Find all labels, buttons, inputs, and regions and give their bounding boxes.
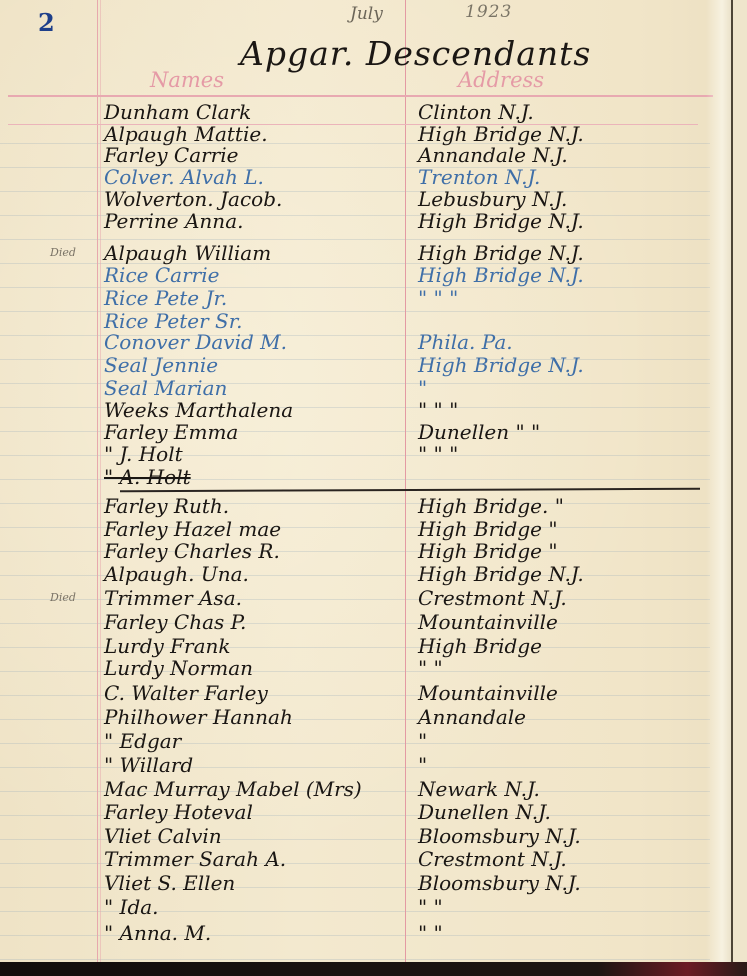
ledger-row: " Ida." " bbox=[0, 895, 720, 919]
entry-address: " " bbox=[418, 656, 443, 680]
ledger-row: " Edgar" bbox=[0, 729, 720, 753]
entry-name: Trimmer Asa. bbox=[104, 586, 242, 610]
entry-name: Wolverton. Jacob. bbox=[104, 187, 282, 211]
entry-name: Alpaugh. Una. bbox=[104, 562, 249, 586]
entry-address: " " bbox=[418, 921, 443, 945]
entry-address: " " " bbox=[418, 286, 458, 310]
entry-name: C. Walter Farley bbox=[104, 681, 268, 705]
entry-name: Colver. Alvah L. bbox=[104, 165, 264, 189]
entry-address: Lebusbury N.J. bbox=[418, 187, 567, 211]
entry-name: Perrine Anna. bbox=[104, 209, 243, 233]
entry-name: " Anna. M. bbox=[104, 921, 211, 945]
entry-name: Weeks Marthalena bbox=[104, 398, 293, 422]
entry-address: Bloomsbury N.J. bbox=[418, 824, 581, 848]
ledger-row: Farley EmmaDunellen " " bbox=[0, 420, 720, 444]
column-header-names: Names bbox=[150, 68, 224, 92]
ledger-row: Alpaugh. Una.High Bridge N.J. bbox=[0, 562, 720, 586]
entry-name: Philhower Hannah bbox=[104, 705, 293, 729]
entry-address: " bbox=[418, 753, 427, 777]
ledger-row: Seal JennieHigh Bridge N.J. bbox=[0, 353, 720, 377]
entry-address: Crestmont N.J. bbox=[418, 847, 567, 871]
margin-note: Died bbox=[50, 586, 76, 610]
entry-name: " A. Holt bbox=[104, 465, 191, 489]
entry-name: Farley Ruth. bbox=[104, 494, 229, 518]
entry-name: Vliet Calvin bbox=[104, 824, 222, 848]
header-rule-top bbox=[8, 95, 713, 97]
entry-name: Farley Chas P. bbox=[104, 610, 246, 634]
ledger-row: " J. Holt" " " bbox=[0, 442, 720, 466]
entry-name: Seal Marian bbox=[104, 376, 227, 400]
entry-name: Vliet S. Ellen bbox=[104, 871, 235, 895]
entry-address: High Bridge N.J. bbox=[418, 353, 584, 377]
entry-name: Lurdy Norman bbox=[104, 656, 253, 680]
date-year: 1923 bbox=[465, 2, 512, 22]
entry-name: Dunham Clark bbox=[104, 100, 251, 124]
ledger-row: Weeks Marthalena" " " bbox=[0, 398, 720, 422]
ledger-row: Conover David M.Phila. Pa. bbox=[0, 330, 720, 354]
ledger-row: " Willard" bbox=[0, 753, 720, 777]
entry-address: Bloomsbury N.J. bbox=[418, 871, 581, 895]
ledger-row: DiedAlpaugh WilliamHigh Bridge N.J. bbox=[0, 241, 720, 265]
ledger-row: DiedTrimmer Asa.Crestmont N.J. bbox=[0, 586, 720, 610]
entry-name: Mac Murray Mabel (Mrs) bbox=[104, 777, 362, 801]
entry-name: Farley Hazel mae bbox=[104, 517, 281, 541]
ledger-row: " Anna. M." " bbox=[0, 921, 720, 945]
entry-address: " " bbox=[418, 895, 443, 919]
entry-address: Trenton N.J. bbox=[418, 165, 540, 189]
entry-address: Annandale N.J. bbox=[418, 143, 568, 167]
entry-name: " J. Holt bbox=[104, 442, 183, 466]
entry-address: Clinton N.J. bbox=[418, 100, 534, 124]
ledger-row: Lurdy FrankHigh Bridge bbox=[0, 634, 720, 658]
date-month: July bbox=[350, 4, 383, 24]
entry-address: Mountainville bbox=[418, 681, 558, 705]
ledger-page: 2 July 1923 Apgar. Descendants Names Add… bbox=[0, 0, 747, 962]
column-header-address: Address bbox=[458, 68, 544, 92]
entry-address: " " " bbox=[418, 398, 458, 422]
entry-address: " bbox=[418, 376, 427, 400]
entry-address: Crestmont N.J. bbox=[418, 586, 567, 610]
entry-address: High Bridge " bbox=[418, 539, 558, 563]
ledger-row: Mac Murray Mabel (Mrs)Newark N.J. bbox=[0, 777, 720, 801]
ledger-row: C. Walter FarleyMountainville bbox=[0, 681, 720, 705]
ledger-row: " A. Holt bbox=[0, 465, 720, 489]
entry-name: " Edgar bbox=[104, 729, 181, 753]
ledger-row: Seal Marian" bbox=[0, 376, 720, 400]
entry-name: Farley Carrie bbox=[104, 143, 238, 167]
ledger-row: Farley Hazel maeHigh Bridge " bbox=[0, 517, 720, 541]
ledger-row: Colver. Alvah L.Trenton N.J. bbox=[0, 165, 720, 189]
entry-name: Lurdy Frank bbox=[104, 634, 231, 658]
page-number: 2 bbox=[38, 8, 55, 37]
entry-address: Mountainville bbox=[418, 610, 558, 634]
entry-name: " Ida. bbox=[104, 895, 159, 919]
ledger-row: Farley Ruth.High Bridge. " bbox=[0, 494, 720, 518]
ledger-row: Rice Pete Jr." " " bbox=[0, 286, 720, 310]
entry-name: Conover David M. bbox=[104, 330, 287, 354]
ledger-row: Vliet CalvinBloomsbury N.J. bbox=[0, 824, 720, 848]
entry-name: Seal Jennie bbox=[104, 353, 218, 377]
ledger-row: Farley HotevalDunellen N.J. bbox=[0, 800, 720, 824]
entry-name: Rice Pete Jr. bbox=[104, 286, 227, 310]
entry-address: Dunellen " " bbox=[418, 420, 540, 444]
entry-name: Farley Emma bbox=[104, 420, 238, 444]
margin-note: Died bbox=[50, 241, 76, 265]
ledger-row: Farley Charles R.High Bridge " bbox=[0, 539, 720, 563]
ledger-row: Perrine Anna.High Bridge N.J. bbox=[0, 209, 720, 233]
entry-address: " bbox=[418, 729, 427, 753]
entry-address: High Bridge N.J. bbox=[418, 263, 584, 287]
entry-address: Annandale bbox=[418, 705, 526, 729]
ledger-row: Farley CarrieAnnandale N.J. bbox=[0, 143, 720, 167]
entry-address: Dunellen N.J. bbox=[418, 800, 551, 824]
ledger-row: Dunham ClarkClinton N.J. bbox=[0, 100, 720, 124]
ledger-row: Vliet S. EllenBloomsbury N.J. bbox=[0, 871, 720, 895]
entry-address: High Bridge N.J. bbox=[418, 241, 584, 265]
entry-name: Alpaugh William bbox=[104, 241, 271, 265]
entry-address: Phila. Pa. bbox=[418, 330, 513, 354]
ledger-row: Farley Chas P.Mountainville bbox=[0, 610, 720, 634]
ledger-row: Philhower HannahAnnandale bbox=[0, 705, 720, 729]
entry-address: High Bridge. " bbox=[418, 494, 564, 518]
ledger-row: Lurdy Norman" " bbox=[0, 656, 720, 680]
entry-name: Rice Carrie bbox=[104, 263, 219, 287]
entry-address: High Bridge " bbox=[418, 517, 558, 541]
entry-address: Newark N.J. bbox=[418, 777, 540, 801]
scanner-background bbox=[0, 962, 747, 976]
entry-address: High Bridge N.J. bbox=[418, 562, 584, 586]
entry-address: " " " bbox=[418, 442, 458, 466]
next-page-edge bbox=[733, 0, 747, 962]
ledger-row: Wolverton. Jacob.Lebusbury N.J. bbox=[0, 187, 720, 211]
entry-address: High Bridge N.J. bbox=[418, 209, 584, 233]
entry-name: Trimmer Sarah A. bbox=[104, 847, 286, 871]
entry-address: High Bridge bbox=[418, 634, 542, 658]
entry-name: Farley Charles R. bbox=[104, 539, 280, 563]
entry-name: " Willard bbox=[104, 753, 193, 777]
ledger-row: Rice CarrieHigh Bridge N.J. bbox=[0, 263, 720, 287]
ledger-row: Trimmer Sarah A.Crestmont N.J. bbox=[0, 847, 720, 871]
entry-name: Farley Hoteval bbox=[104, 800, 253, 824]
